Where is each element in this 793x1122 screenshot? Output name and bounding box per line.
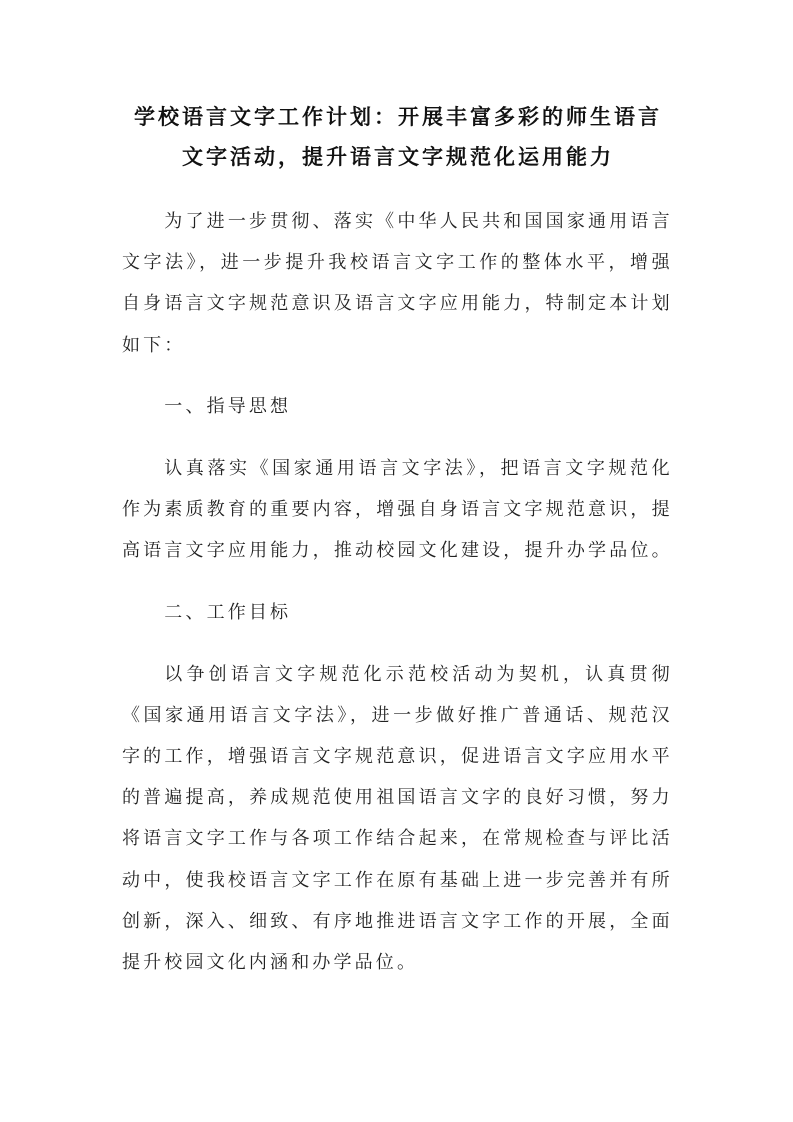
- guiding-ideology-paragraph: 认真落实《国家通用语言文字法》，把语言文字规范化 作为素质教育的重要内容，增强自…: [122, 448, 672, 572]
- document-title: 学校语言文字工作计划：开展丰富多彩的师生语言 文字活动，提升语言文字规范化运用能…: [0, 97, 793, 177]
- work-goals-paragraph: 以争创语言文字规范化示范校活动为契机，认真贯彻 《国家通用语言文字法》，进一步做…: [122, 654, 672, 984]
- document-body: 为了进一步贯彻、落实《中华人民共和国国家通用语言 文字法》，进一步提升我校语言文…: [122, 201, 672, 1004]
- paragraph-line: 将语言文字工作与各项工作结合起来，在常规检查与评比活: [122, 818, 672, 859]
- paragraph-line: 高语言文字应用能力，推动校园文化建设，提升办学品位。: [122, 530, 672, 571]
- paragraph-line: 创新，深入、细致、有序地推进语言文字工作的开展，全面: [122, 901, 672, 942]
- intro-paragraph: 为了进一步贯彻、落实《中华人民共和国国家通用语言 文字法》，进一步提升我校语言文…: [122, 201, 672, 366]
- section-heading-work-goals: 二、工作目标: [122, 592, 672, 633]
- paragraph-line: 提升校园文化内涵和办学品位。: [122, 942, 672, 983]
- title-line: 文字活动，提升语言文字规范化运用能力: [0, 137, 793, 177]
- paragraph-line: 作为素质教育的重要内容，增强自身语言文字规范意识，提: [122, 489, 672, 530]
- paragraph-line: 为了进一步贯彻、落实《中华人民共和国国家通用语言: [122, 201, 672, 242]
- paragraph-line: 以争创语言文字规范化示范校活动为契机，认真贯彻: [122, 654, 672, 695]
- paragraph-line: 自身语言文字规范意识及语言文字应用能力，特制定本计划: [122, 283, 672, 324]
- paragraph-line: 如下：: [122, 325, 672, 366]
- heading-text: 一、指导思想: [122, 386, 672, 427]
- heading-text: 二、工作目标: [122, 592, 672, 633]
- paragraph-line: 动中，使我校语言文字工作在原有基础上进一步完善并有所: [122, 860, 672, 901]
- title-line: 学校语言文字工作计划：开展丰富多彩的师生语言: [0, 97, 793, 137]
- paragraph-line: 字的工作，增强语言文字规范意识，促进语言文字应用水平: [122, 736, 672, 777]
- paragraph-line: 的普遍提高，养成规范使用祖国语言文字的良好习惯，努力: [122, 777, 672, 818]
- document-page: 学校语言文字工作计划：开展丰富多彩的师生语言 文字活动，提升语言文字规范化运用能…: [0, 0, 793, 1122]
- paragraph-line: 文字法》，进一步提升我校语言文字工作的整体水平，增强: [122, 242, 672, 283]
- paragraph-line: 认真落实《国家通用语言文字法》，把语言文字规范化: [122, 448, 672, 489]
- section-heading-guiding-ideology: 一、指导思想: [122, 386, 672, 427]
- paragraph-line: 《国家通用语言文字法》，进一步做好推广普通话、规范汉: [122, 695, 672, 736]
